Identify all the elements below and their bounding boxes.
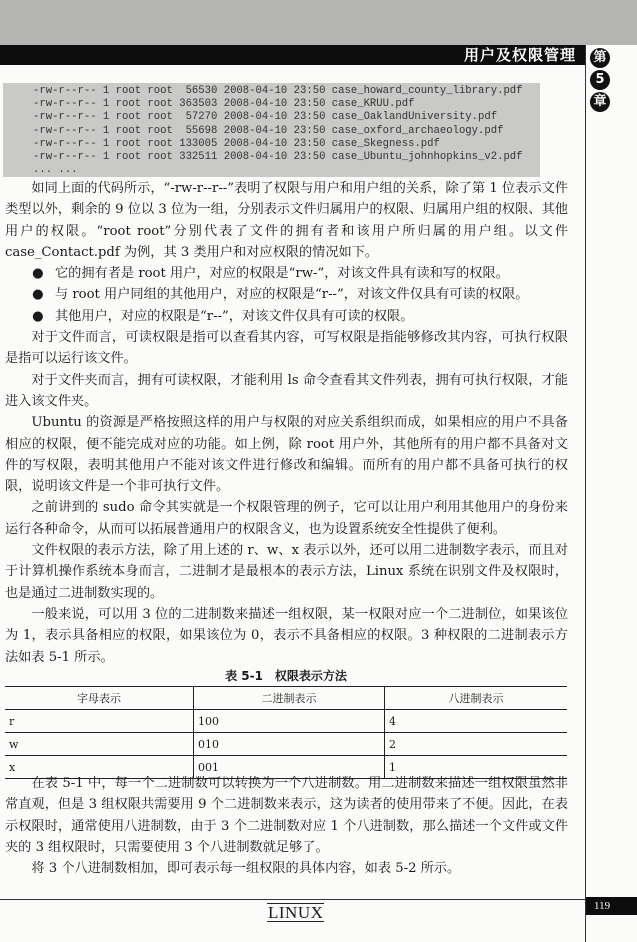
scan-top-margin [0,0,637,45]
paragraph: 在表 5-1 中，每一个二进制数可以转换为一个八进制数。用二进制数来描述一组权限… [5,773,568,858]
paragraph: Ubuntu 的资源是严格按照这样的用户与权限的对应关系组织而成，如果相应的用户… [5,412,568,497]
chapter-tab: 第 5 章 [590,48,614,114]
column-header: 字母表示 [5,687,194,710]
code-line: -rw-r--r-- 1 root root 57270 2008-04-10 … [3,111,540,124]
paragraph: 之前讲到的 sudo 命令其实就是一个权限管理的例子，它可以让用户利用其他用户的… [5,497,568,540]
bullet-icon: ● [32,263,44,284]
table-caption: 表 5-1 权限表示方法 [5,667,567,684]
code-line: -rw-r--r-- 1 root root 56530 2008-04-10 … [3,85,540,98]
table-cell: 100 [194,710,385,733]
table-cell: r [5,710,194,733]
table-cell: w [5,733,194,756]
bullet-item: ●与 root 用户同组的其他用户，对应的权限是“r--”，对该文件仅具有可读的… [5,284,568,305]
code-listing: -rw-r--r-- 1 root root 56530 2008-04-10 … [3,83,540,177]
table-row: r 100 4 [5,710,567,733]
bullet-item: ●其他用户，对应的权限是“r--”，对该文件仅具有可读的权限。 [5,306,568,327]
column-header: 八进制表示 [385,687,568,710]
table-header-row: 字母表示 二进制表示 八进制表示 [5,687,567,710]
bullet-text: 其他用户，对应的权限是“r--”，对该文件仅具有可读的权限。 [55,309,413,324]
paragraph: 将 3 个八进制数相加，即可表示每一组权限的具体内容，如表 5-2 所示。 [5,858,568,879]
column-header: 二进制表示 [194,687,385,710]
margin-rule [585,45,586,942]
table-cell: 010 [194,733,385,756]
paragraph: 如同上面的代码所示，“-rw-r--r--”表明了权限与用户和用户组的关系，除了… [5,178,568,263]
running-header: 用户及权限管理 [0,45,586,65]
body-text: 在表 5-1 中，每一个二进制数可以转换为一个八进制数。用二进制数来描述一组权限… [5,773,568,879]
chapter-tab-char: 章 [590,92,610,112]
chapter-number: 5 [590,70,610,90]
bullet-icon: ● [32,306,44,327]
linux-logo: LINUX [267,903,324,922]
page-number: 119 [586,897,637,915]
paragraph: 对于文件夹而言，拥有可读权限，才能利用 ls 命令查看其文件列表，拥有可执行权限… [5,370,568,413]
paragraph: 文件权限的表示方法，除了用上述的 r、w、x 表示以外，还可以用二进制数字表示，… [5,540,568,604]
bullet-text: 与 root 用户同组的其他用户，对应的权限是“r--”，对该文件仅具有可读的权… [55,287,528,302]
code-line: -rw-r--r-- 1 root root 363503 2008-04-10… [3,98,540,111]
code-line: ... ... [3,164,540,177]
paragraph: 一般来说，可以用 3 位的二进制数来描述一组权限，某一权限对应一个二进制位，如果… [5,604,568,668]
table-row: w 010 2 [5,733,567,756]
code-line: -rw-r--r-- 1 root root 55698 2008-04-10 … [3,125,540,138]
table-cell: 2 [385,733,568,756]
permission-table: 字母表示 二进制表示 八进制表示 r 100 4 w 010 2 x 001 1 [5,686,567,779]
bullet-icon: ● [32,284,44,305]
code-line: -rw-r--r-- 1 root root 133005 2008-04-10… [3,138,540,151]
code-line: -rw-r--r-- 1 root root 332511 2008-04-10… [3,151,540,164]
chapter-tab-char: 第 [590,48,610,68]
paragraph: 对于文件而言，可读权限是指可以查看其内容，可写权限是指能够修改其内容，可执行权限… [5,327,568,370]
section-title: 用户及权限管理 [464,46,576,64]
footer-rule [0,899,586,900]
bullet-item: ●它的拥有者是 root 用户，对应的权限是“rw-”，对该文件具有读和写的权限… [5,263,568,284]
table-cell: 4 [385,710,568,733]
bullet-text: 它的拥有者是 root 用户，对应的权限是“rw-”，对该文件具有读和写的权限。 [55,266,509,281]
body-text: 如同上面的代码所示，“-rw-r--r--”表明了权限与用户和用户组的关系，除了… [5,178,568,668]
